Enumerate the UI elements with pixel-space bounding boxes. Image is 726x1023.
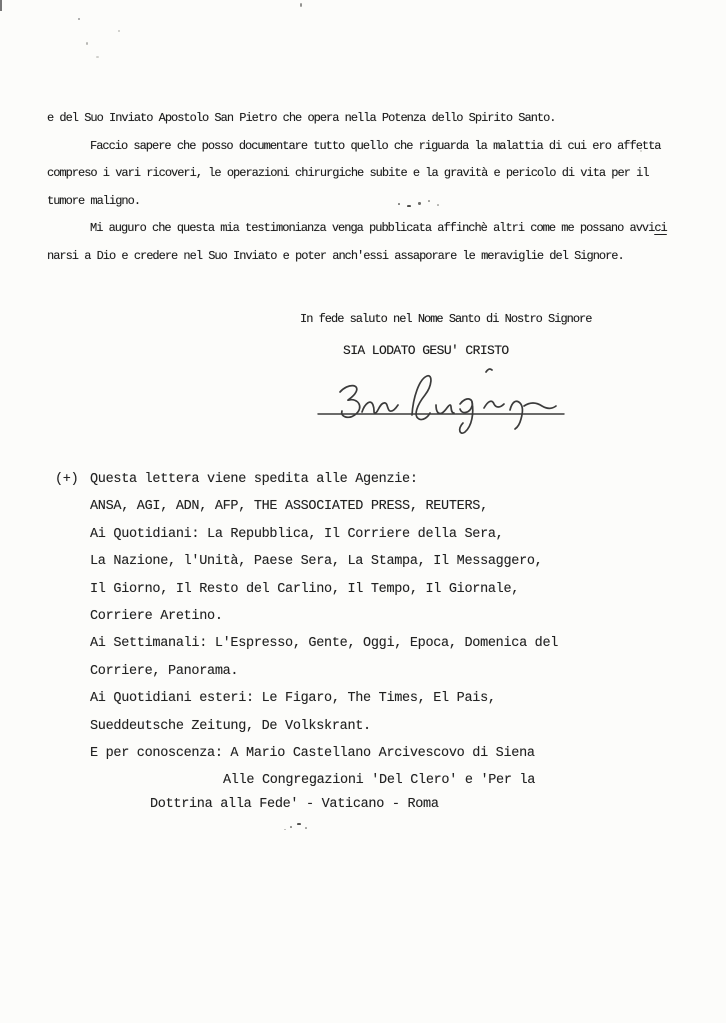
footnote-marker: (+) bbox=[55, 466, 90, 493]
salutation-line: In fede saluto nel Nome Santo di Nostro … bbox=[300, 312, 591, 326]
scan-speck bbox=[118, 30, 120, 32]
distribution-line: E per conoscenza: A Mario Castellano Arc… bbox=[55, 740, 706, 767]
distribution-line: Ai Settimanali: L'Espresso, Gente, Oggi,… bbox=[55, 630, 706, 657]
scan-speck bbox=[86, 42, 88, 45]
scan-speck bbox=[300, 3, 302, 7]
paragraph-line: Faccio sapere che posso documentare tutt… bbox=[47, 133, 696, 161]
paragraph-line: Mi auguro che questa mia testimonianza v… bbox=[47, 215, 696, 243]
paragraph-line: tumore maligno. bbox=[47, 188, 696, 216]
paragraph-line: e del Suo Inviato Apostolo San Pietro ch… bbox=[47, 105, 696, 133]
scan-speck bbox=[78, 18, 80, 20]
distribution-list: (+) Questa lettera viene spedita alle Ag… bbox=[55, 466, 706, 814]
paragraph-line: narsi a Dio e credere nel Suo Inviato e … bbox=[47, 243, 696, 271]
letter-body: e del Suo Inviato Apostolo San Pietro ch… bbox=[47, 105, 696, 271]
distribution-line: Ai Quotidiani esteri: Le Figaro, The Tim… bbox=[55, 685, 706, 712]
distribution-line: Dottrina alla Fede' - Vaticano - Roma bbox=[55, 795, 706, 814]
distribution-line: Alle Congregazioni 'Del Clero' e 'Per la bbox=[55, 767, 706, 794]
distribution-line: La Nazione, l'Unità, Paese Sera, La Stam… bbox=[55, 548, 706, 575]
handwritten-signature bbox=[302, 358, 574, 446]
distribution-line: Sueddeutsche Zeitung, De Volkskrant. bbox=[55, 713, 706, 740]
scan-edge-artifact bbox=[0, 0, 2, 11]
distribution-line: ANSA, AGI, ADN, AFP, THE ASSOCIATED PRES… bbox=[55, 493, 706, 520]
distribution-line: (+) Questa lettera viene spedita alle Ag… bbox=[55, 466, 706, 493]
distribution-line: Corriere, Panorama. bbox=[55, 658, 706, 685]
scanned-letter-page: e del Suo Inviato Apostolo San Pietro ch… bbox=[0, 0, 726, 1023]
scan-speck bbox=[96, 56, 99, 58]
distribution-line: Il Giorno, Il Resto del Carlino, Il Temp… bbox=[55, 576, 706, 603]
paragraph-line: compreso i vari ricoveri, le operazioni … bbox=[47, 160, 696, 188]
hyphenation-underline: ci bbox=[654, 221, 666, 235]
praise-line: SIA LODATO GESU' CRISTO bbox=[343, 343, 509, 358]
distribution-line: Ai Quotidiani: La Repubblica, Il Corrier… bbox=[55, 521, 706, 548]
distribution-line: Corriere Aretino. bbox=[55, 603, 706, 630]
